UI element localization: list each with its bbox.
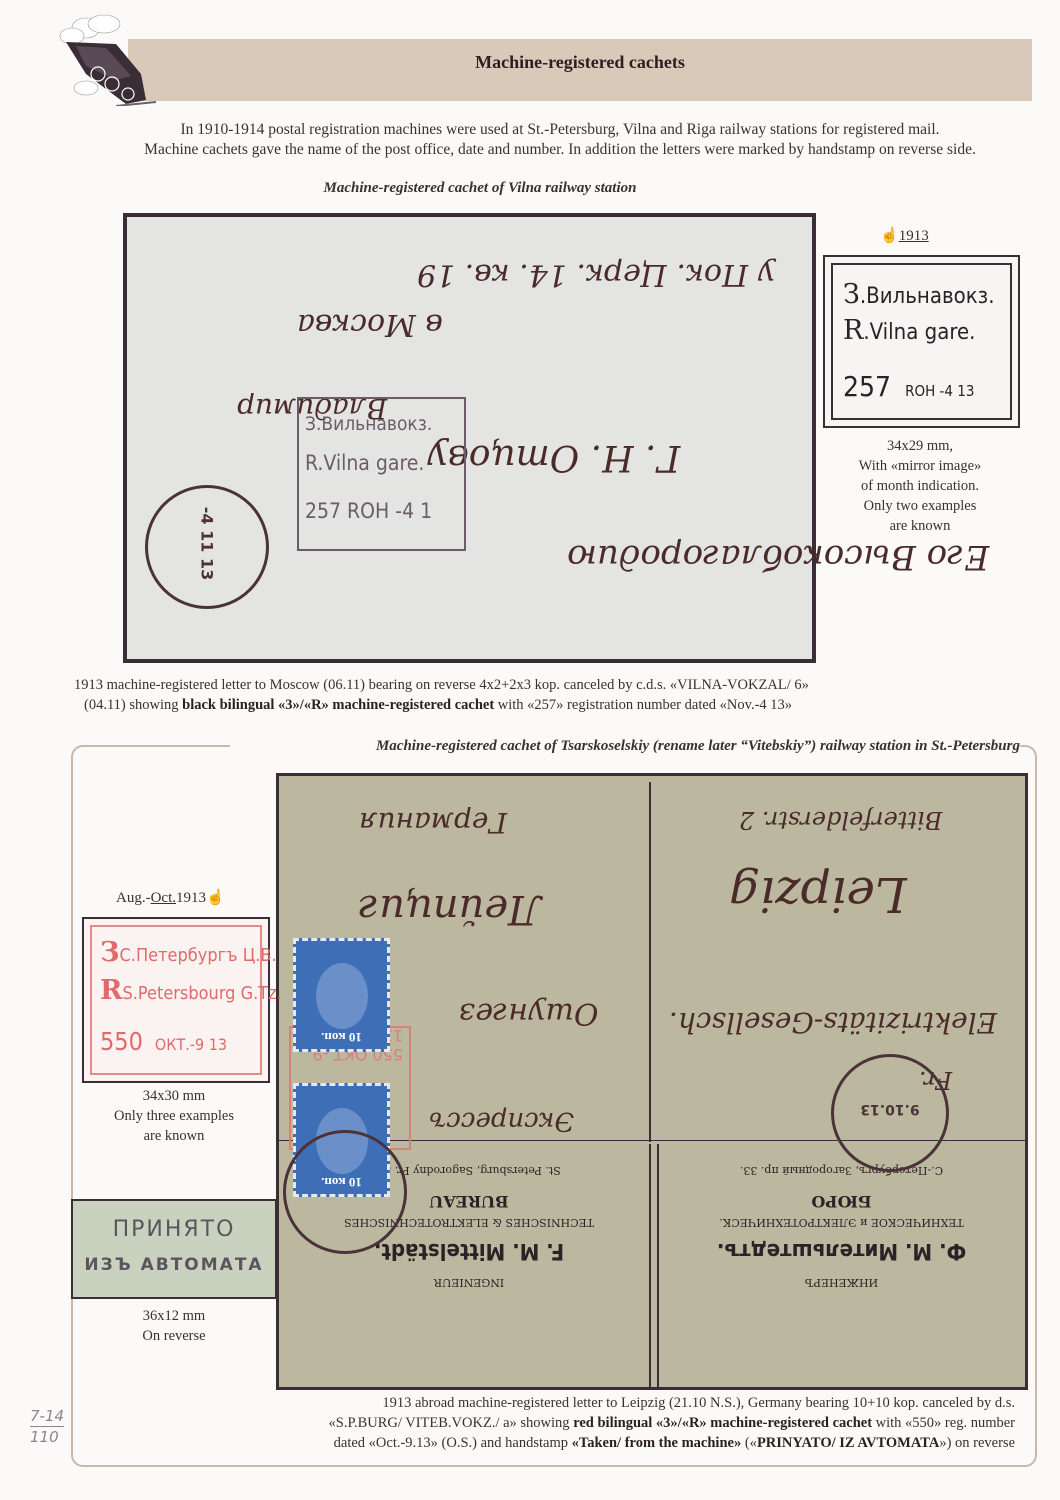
handwriting: в Москва bbox=[297, 307, 443, 342]
handstamp-prinyato: ПРИНЯТО ИЗЪ АВТОМАТА bbox=[71, 1199, 277, 1299]
postage-stamp-10-kop: 10 коп. bbox=[293, 938, 390, 1052]
handstamp-notes: 36x12 mm On reverse bbox=[84, 1306, 264, 1346]
cds-postmark-on-stamp bbox=[283, 1130, 407, 1254]
section-heading-tsarskoselskiy: Machine-registered cachet of Tsarskosels… bbox=[230, 738, 1020, 755]
cds-postmark-vilna: -4 11 13 bbox=[145, 485, 269, 609]
envelope-leipzig: Германия Лейпциг Ошунгез Экспрессъ Bitte… bbox=[276, 773, 1028, 1390]
cds-postmark-vitebsk: 9.10.13 bbox=[831, 1054, 949, 1172]
divider bbox=[649, 782, 651, 1142]
vilna-cachet-enlarged: З.Вильнавокз. R.Vilna gare. 257ROH -4 13 bbox=[823, 255, 1020, 428]
caption-leipzig: 1913 abroad machine-registered letter to… bbox=[205, 1393, 1015, 1453]
pointing-hand-icon: ☝ bbox=[206, 890, 225, 906]
pointing-hand-icon: ☝ bbox=[880, 228, 899, 244]
date-label-1913: ☝1913 bbox=[880, 226, 929, 245]
spb-cachet-notes: 34x30 mm Only three examples are known bbox=[84, 1086, 264, 1146]
envelope-cachet-vilna: З.Вильнавокз. R.Vilna gare. 257 ROH -4 1 bbox=[297, 397, 466, 551]
vilna-cachet-notes: 34x29 mm, With «mirror image» of month i… bbox=[830, 436, 1010, 536]
intro-line-2: Machine cachets gave the name of the pos… bbox=[60, 140, 1060, 160]
handwriting: Его Высокоблагородию bbox=[567, 537, 989, 577]
section-heading-vilna: Machine-registered cachet of Vilna railw… bbox=[200, 180, 760, 197]
divider bbox=[649, 1144, 659, 1388]
caption-vilna: 1913 machine-registered letter to Moscow… bbox=[74, 675, 1054, 715]
envelope-vilna: у Пок. Церк. 14. кв. 19 в Москва Владими… bbox=[123, 213, 816, 663]
handwriting: у Пок. Церк. 14. кв. 19 bbox=[417, 257, 775, 292]
page-mark: 7-14 110 bbox=[30, 1406, 64, 1447]
date-label-aug-oct-1913: Aug.-Oct.1913☝ bbox=[116, 888, 225, 907]
intro-line-1: In 1910-1914 postal registration machine… bbox=[60, 120, 1060, 140]
spb-cachet-enlarged: ЗС.Петербургъ Ц.В. RS.Petersbourg G.Tz. … bbox=[82, 917, 270, 1083]
page-title: Machine-registered cachets bbox=[128, 52, 1032, 73]
